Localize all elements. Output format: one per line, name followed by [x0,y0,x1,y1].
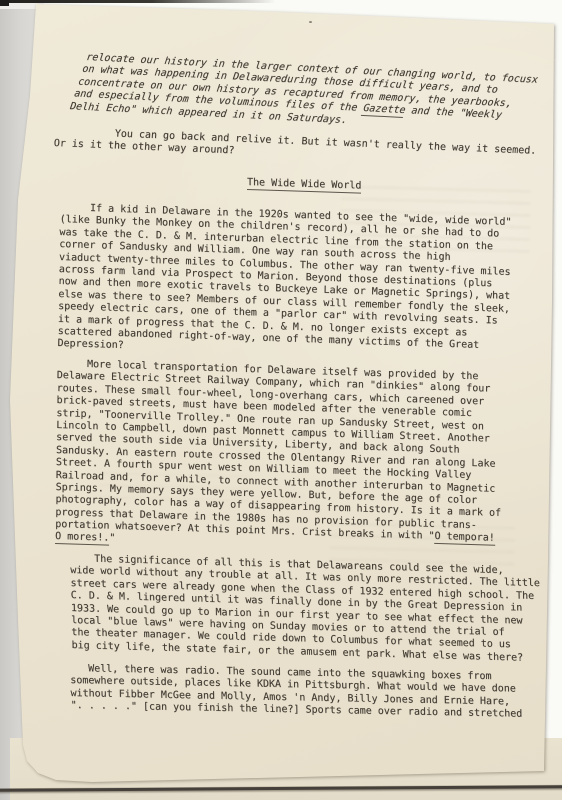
typed-text: " [109,533,115,544]
underlined-text: The Wide Wide World [247,177,361,193]
document-page: relocate our history in the larger conte… [0,0,562,800]
paragraph-street-railway: More local transportation for Delaware i… [55,358,502,558]
underlined-text: O tempora! [434,531,494,545]
underlined-text: Gazette [361,103,407,117]
paper-speck [309,21,312,23]
typed-text: Depression? [57,338,123,351]
section-heading: The Wide Wide World [247,177,361,193]
heading-line: The Wide Wide World [247,177,361,193]
paragraph-interurban: If a kid in Delaware in the 1920s wanted… [57,202,511,366]
continued-paragraph: relocate our history in the larger conte… [68,52,540,136]
paragraph-significance: The significance of all this is that Del… [70,553,541,665]
scan-background: relocate our history in the larger conte… [0,0,562,800]
underlined-text: O mores!. [55,531,109,545]
paragraph-radio: Well, there was radio. The sound came in… [70,663,522,721]
page-shadow-wrap: relocate our history in the larger conte… [0,0,562,800]
